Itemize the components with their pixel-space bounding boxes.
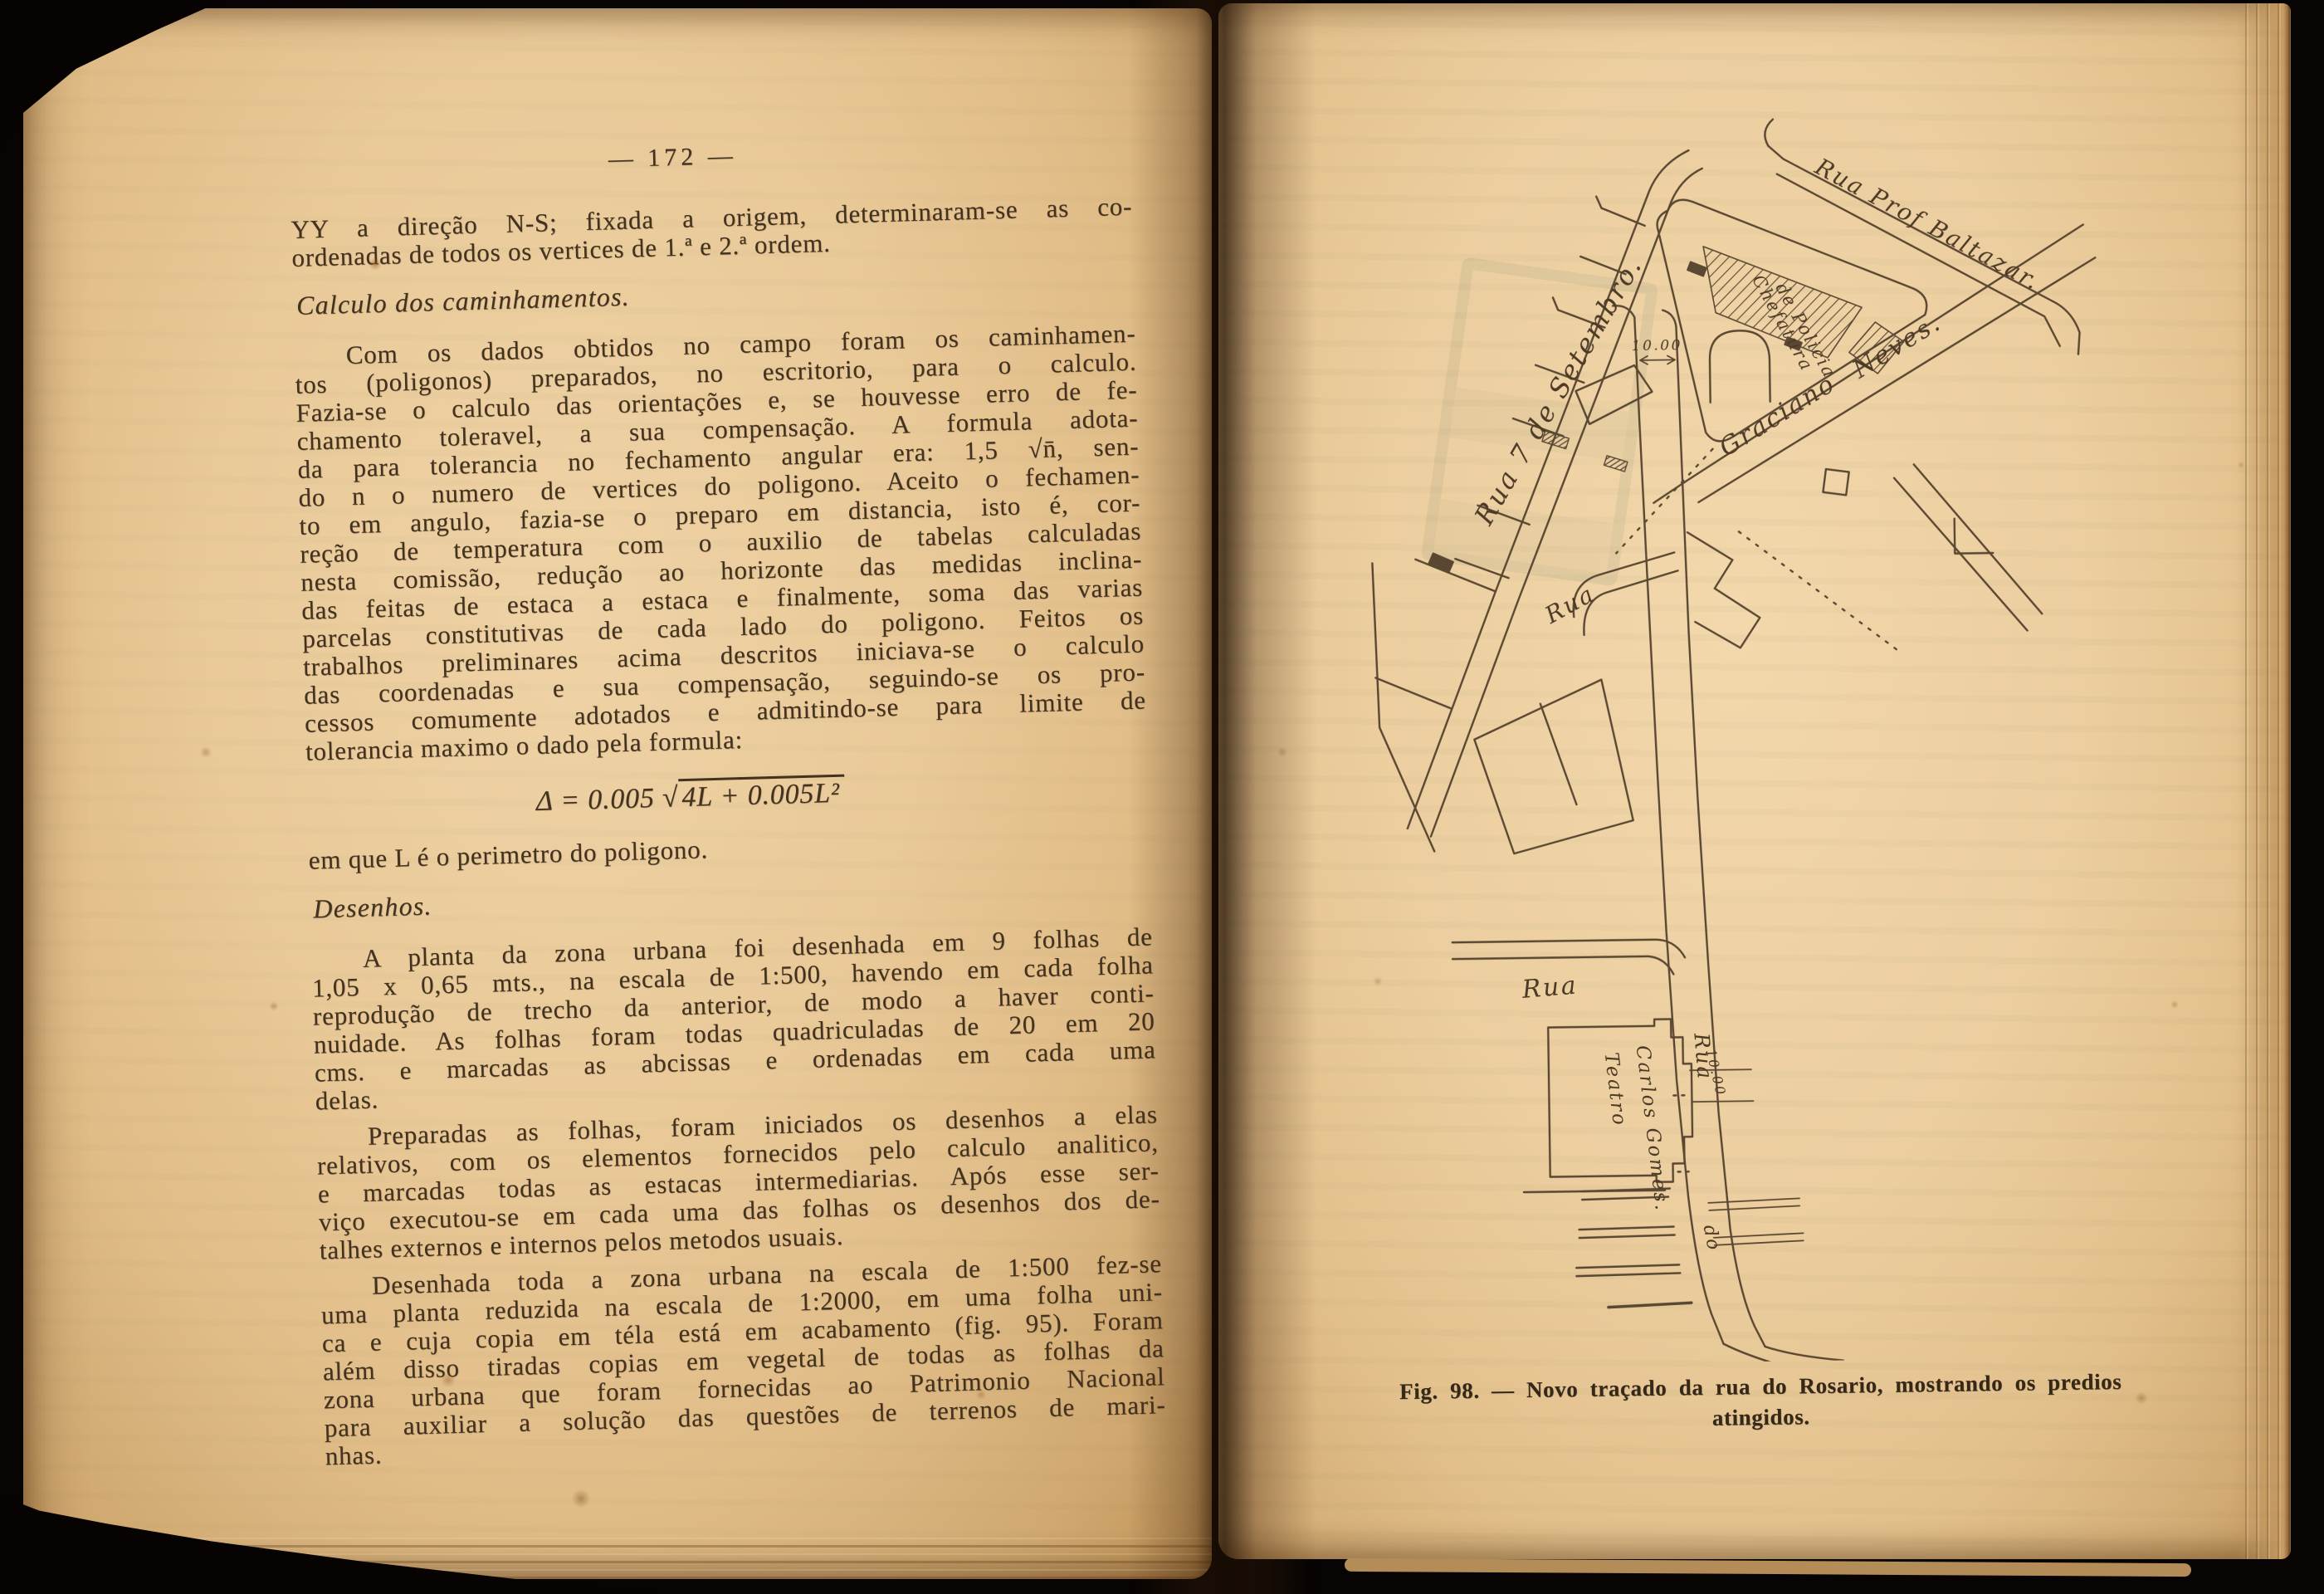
formula-explanation: em que L é o perimetro do poligono. (308, 822, 1150, 875)
map-label-rua-7-setembro: Rua 7 de Setembro. (1467, 251, 1648, 531)
map-label-do: do (1699, 1223, 1725, 1253)
map-label-teatro-2: Carlos Gomes. (1632, 1044, 1673, 1214)
page-edge-under-right (1345, 1558, 2191, 1577)
section-heading: Calculo dos caminhamentos. (296, 267, 1135, 321)
paragraph: Desenhada toda a zona urbana na escala d… (320, 1249, 1167, 1470)
map-label-rua-prof-baltazar: Rua Prof Baltazar. (1810, 153, 2045, 296)
formula-prefix: Δ = 0.005 √ (535, 782, 679, 817)
page-text-column: — 172 — YY a direção N-S; fixada a orige… (289, 131, 1167, 1479)
paragraph: Com os dados obtidos no campo foram os c… (294, 320, 1147, 766)
formula-radicand: 4L + 0.005L² (678, 775, 846, 814)
left-text-blocks: YY a direção N-S; fixada a origem, deter… (290, 193, 1167, 1471)
page-edge-stack-left (23, 8, 164, 1579)
paragraph: A planta da zona urbana foi desenhada em… (311, 922, 1157, 1115)
map-label-rua-bottom-horizontal: Rua (1520, 971, 1579, 1005)
map-label-rua-bottom-vertical: Rua (1689, 1031, 1717, 1082)
paragraph: YY a direção N-S; fixada a origem, deter… (290, 193, 1134, 272)
left-page: — 172 — YY a direção N-S; fixada a orige… (23, 8, 1212, 1579)
figure-caption: Fig. 98. — Novo traçado da rua do Rosari… (1354, 1366, 2168, 1439)
page-number: — 172 — (289, 131, 1131, 183)
map-dimension-top: 10.00 (1632, 337, 1682, 354)
section-heading: Desenhos. (313, 870, 1152, 924)
figure-98: Rua 7 de Setembro. Rua Prof Baltazar. Ch… (1218, 0, 2312, 1567)
paragraph: Preparadas as folhas, foram iniciados os… (316, 1100, 1161, 1264)
map-label-graciano: Graciano (1714, 369, 1841, 462)
book-scan: { "left_page": { "page_number": "— 172 —… (0, 0, 2324, 1594)
road-rua-do-rosario (1613, 303, 1843, 1368)
map-label-rua-mid: Rua (1540, 579, 1599, 629)
street-7-setembro (1367, 150, 1712, 853)
figure-98-map: Rua 7 de Setembro. Rua Prof Baltazar. Ch… (1317, 61, 2165, 1367)
map-label-teatro-1: Teatro (1600, 1051, 1630, 1127)
tolerance-formula: Δ = 0.005 √4L + 0.005L² (306, 771, 1074, 824)
right-page: Rua 7 de Setembro. Rua Prof Baltazar. Ch… (1218, 3, 2291, 1559)
